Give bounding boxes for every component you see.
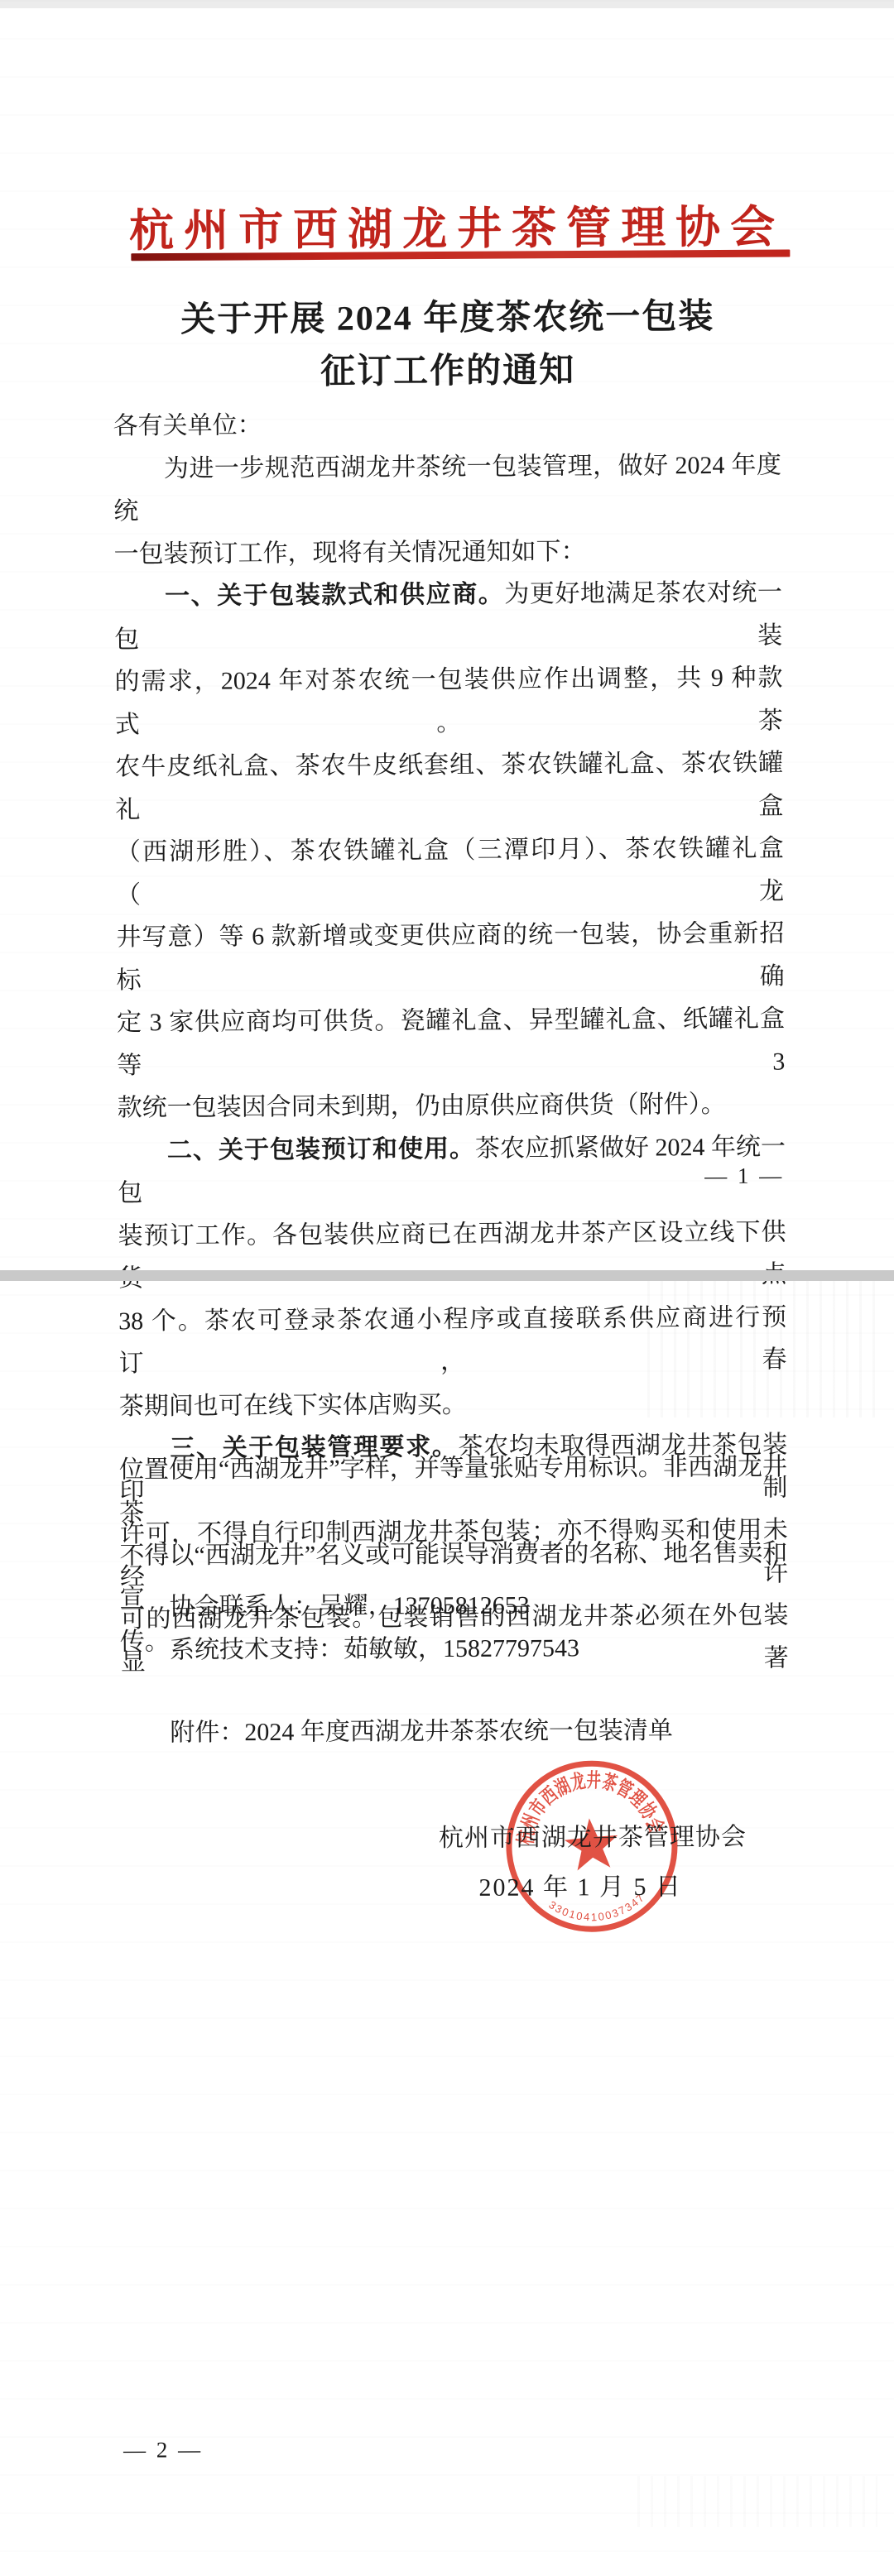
text-line: 协会联系人：吴耀，13705812653 bbox=[120, 1583, 788, 1629]
scanned-document: 杭州市西湖龙井茶管理协会 关于开展 2024 年度茶农统一包装 征订工作的通知 … bbox=[0, 0, 894, 2576]
signature-org: 杭州市西湖龙井茶管理协会 bbox=[433, 1816, 752, 1854]
contact-block: 协会联系人：吴耀，13705812653 系统技术支持：茹敏敏，15827797… bbox=[120, 1583, 788, 1672]
text-segment: 位置使用“西湖龙井”字样，并等量张贴专用标识。非西湖龙井茶 bbox=[119, 1453, 787, 1527]
page-number-2: — 2 — bbox=[123, 2437, 203, 2463]
signature-date: 2024 年 1 月 5 日 bbox=[433, 1866, 728, 1904]
page-2: 位置使用“西湖龙井”字样，并等量张贴专用标识。非西湖龙井茶不得以“西湖龙井”名义… bbox=[0, 0, 894, 2576]
attachment-line: 附件：2024 年度西湖龙井茶茶农统一包装清单 bbox=[120, 1709, 788, 1755]
text-segment: 系统技术支持：茹敏敏，15827797543 bbox=[120, 1634, 579, 1663]
text-line: 位置使用“西湖龙井”字样，并等量张贴专用标识。非西湖龙井茶 bbox=[119, 1446, 787, 1535]
text-segment: 协会联系人：吴耀，13705812653 bbox=[120, 1592, 530, 1621]
text-line: 系统技术支持：茹敏敏，15827797543 bbox=[120, 1626, 788, 1672]
